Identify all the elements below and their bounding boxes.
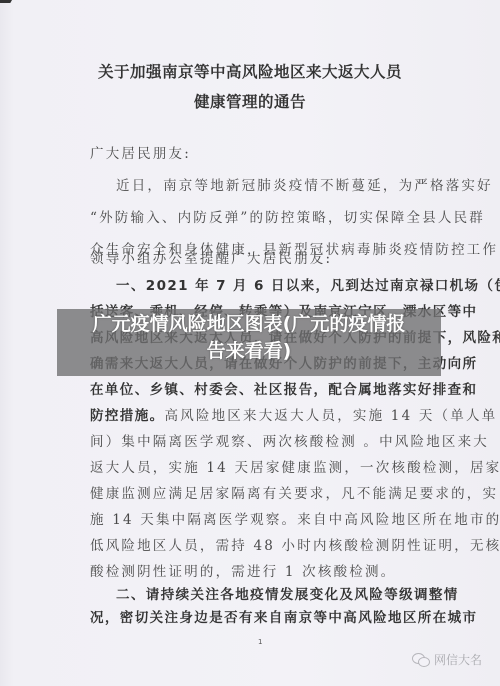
page-corner-mark: [0, 0, 12, 3]
body-line: 领导小组办公室提醒广大居民朋友:: [90, 247, 435, 267]
bold-phrase: 防控措施。: [90, 408, 165, 424]
body-line: 健康监测应满足居家隔离有关要求，凡不能满足要求的，实: [90, 482, 435, 502]
body-line: 近日，南京等地新冠肺炎疫情不断蔓延，为严格落实好: [116, 174, 461, 194]
page-number: 1: [258, 638, 262, 646]
body-line: 防控措施。高风险地区来大返大人员，实施 14 天（单人单: [90, 404, 435, 424]
salutation: 广大居民朋友:: [90, 142, 435, 162]
caption-line-1: 广元疫情风险地区图表(广元的疫情报: [57, 311, 441, 338]
body-line: 酸检测阴性证明的，需进行 1 次核酸检测。: [90, 560, 435, 580]
document-title-line-2: 健康管理的通告: [0, 90, 500, 112]
body-line: 施 14 天集中隔离医学观察。来自中高风险地区所在地市的: [90, 508, 435, 528]
body-line-bold: 在单位、乡镇、村委会、社区报告，配合属地落实好排查和: [90, 378, 435, 398]
body-line: 返大人员，实施 14 天居家健康监测，一次核酸检测，居家: [90, 456, 435, 476]
caption-line-2: 告来看看): [57, 338, 441, 365]
body-line: 间）集中隔离医学观察、两次核酸检测 。中风险地区来大: [90, 430, 435, 450]
watermark-text: 网信大名: [434, 651, 482, 668]
body-line-bold: 况，密切关注身边是否有来自南京等中高风险地区所在城市: [90, 606, 435, 626]
body-text: 高风险地区来大返大人员，实施 14 天（单人单: [165, 408, 498, 424]
caption-overlay: 广元疫情风险地区图表(广元的疫情报 告来看看): [57, 311, 441, 365]
document-title-line-1: 关于加强南京等中高风险地区来大返大人员: [0, 60, 500, 82]
wechat-icon: [412, 653, 430, 667]
body-line: “外防输入、内防反弹”的防控策略，切实保障全县人民群: [90, 206, 435, 226]
body-line: 低风险地区人员，需持 48 小时内核酸检测阴性证明，无核: [90, 534, 435, 554]
section-two-heading: 二、请持续关注各地疫情发展变化及风险等级调整情: [116, 583, 461, 603]
section-one-heading: 一、2021 年 7 月 6 日以来，凡到达过南京禄口机场（包: [116, 274, 461, 294]
watermark: 网信大名: [412, 651, 482, 668]
